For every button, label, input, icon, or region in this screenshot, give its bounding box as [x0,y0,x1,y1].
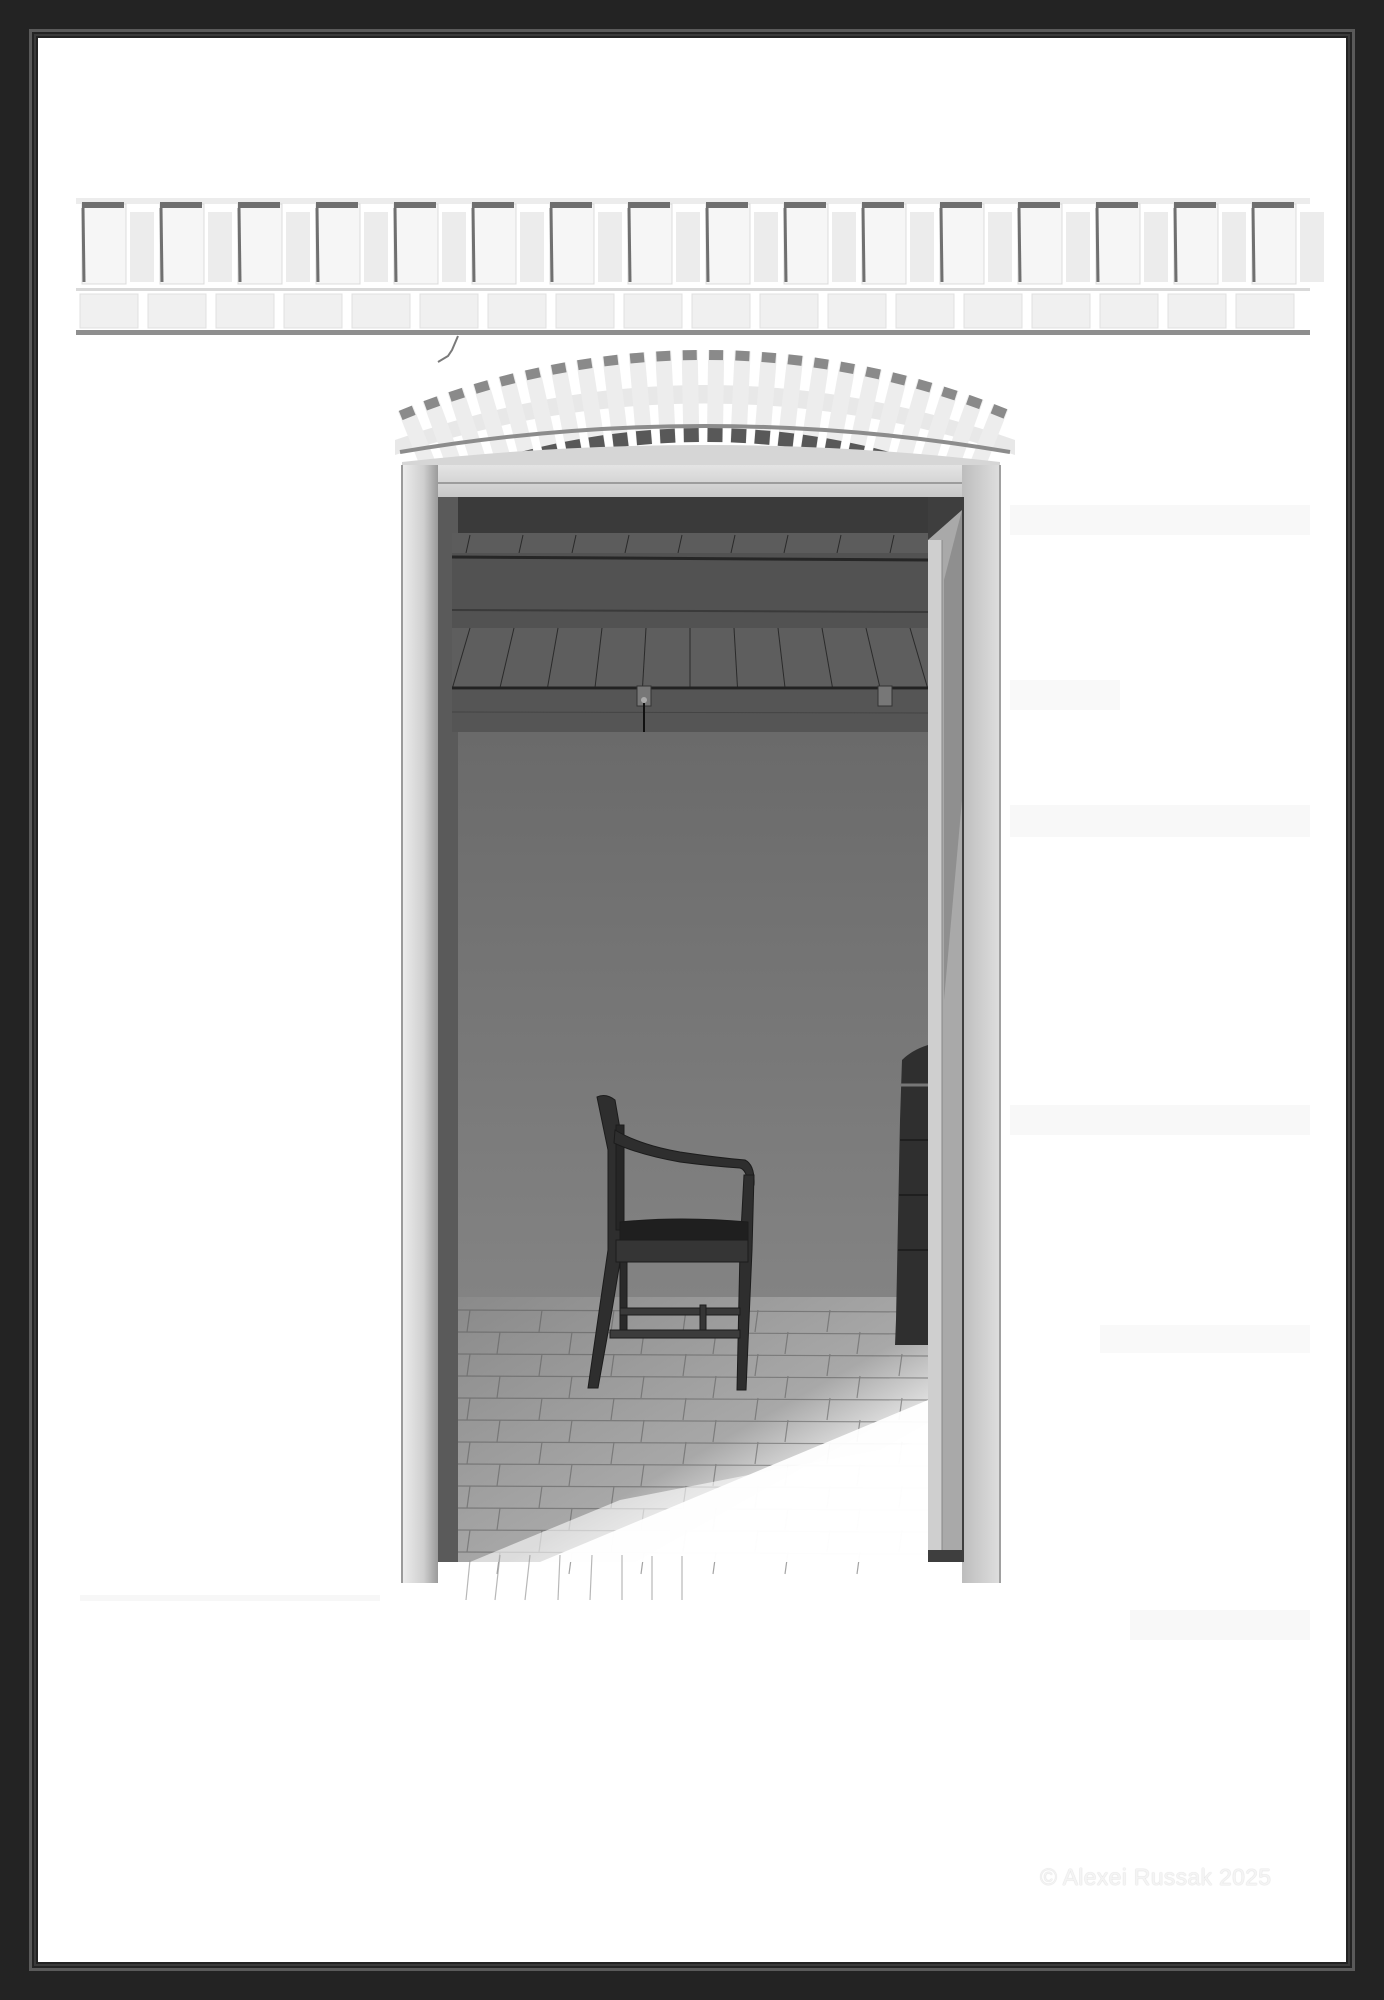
copyright-watermark: © Alexei Russak 2025 [1040,1864,1271,1891]
brick-band [76,198,1324,335]
open-door-leaf [928,510,962,1550]
photograph: © Alexei Russak 2025 [38,38,1346,1962]
scene-illustration [38,38,1346,1962]
room-interior [438,497,964,1574]
